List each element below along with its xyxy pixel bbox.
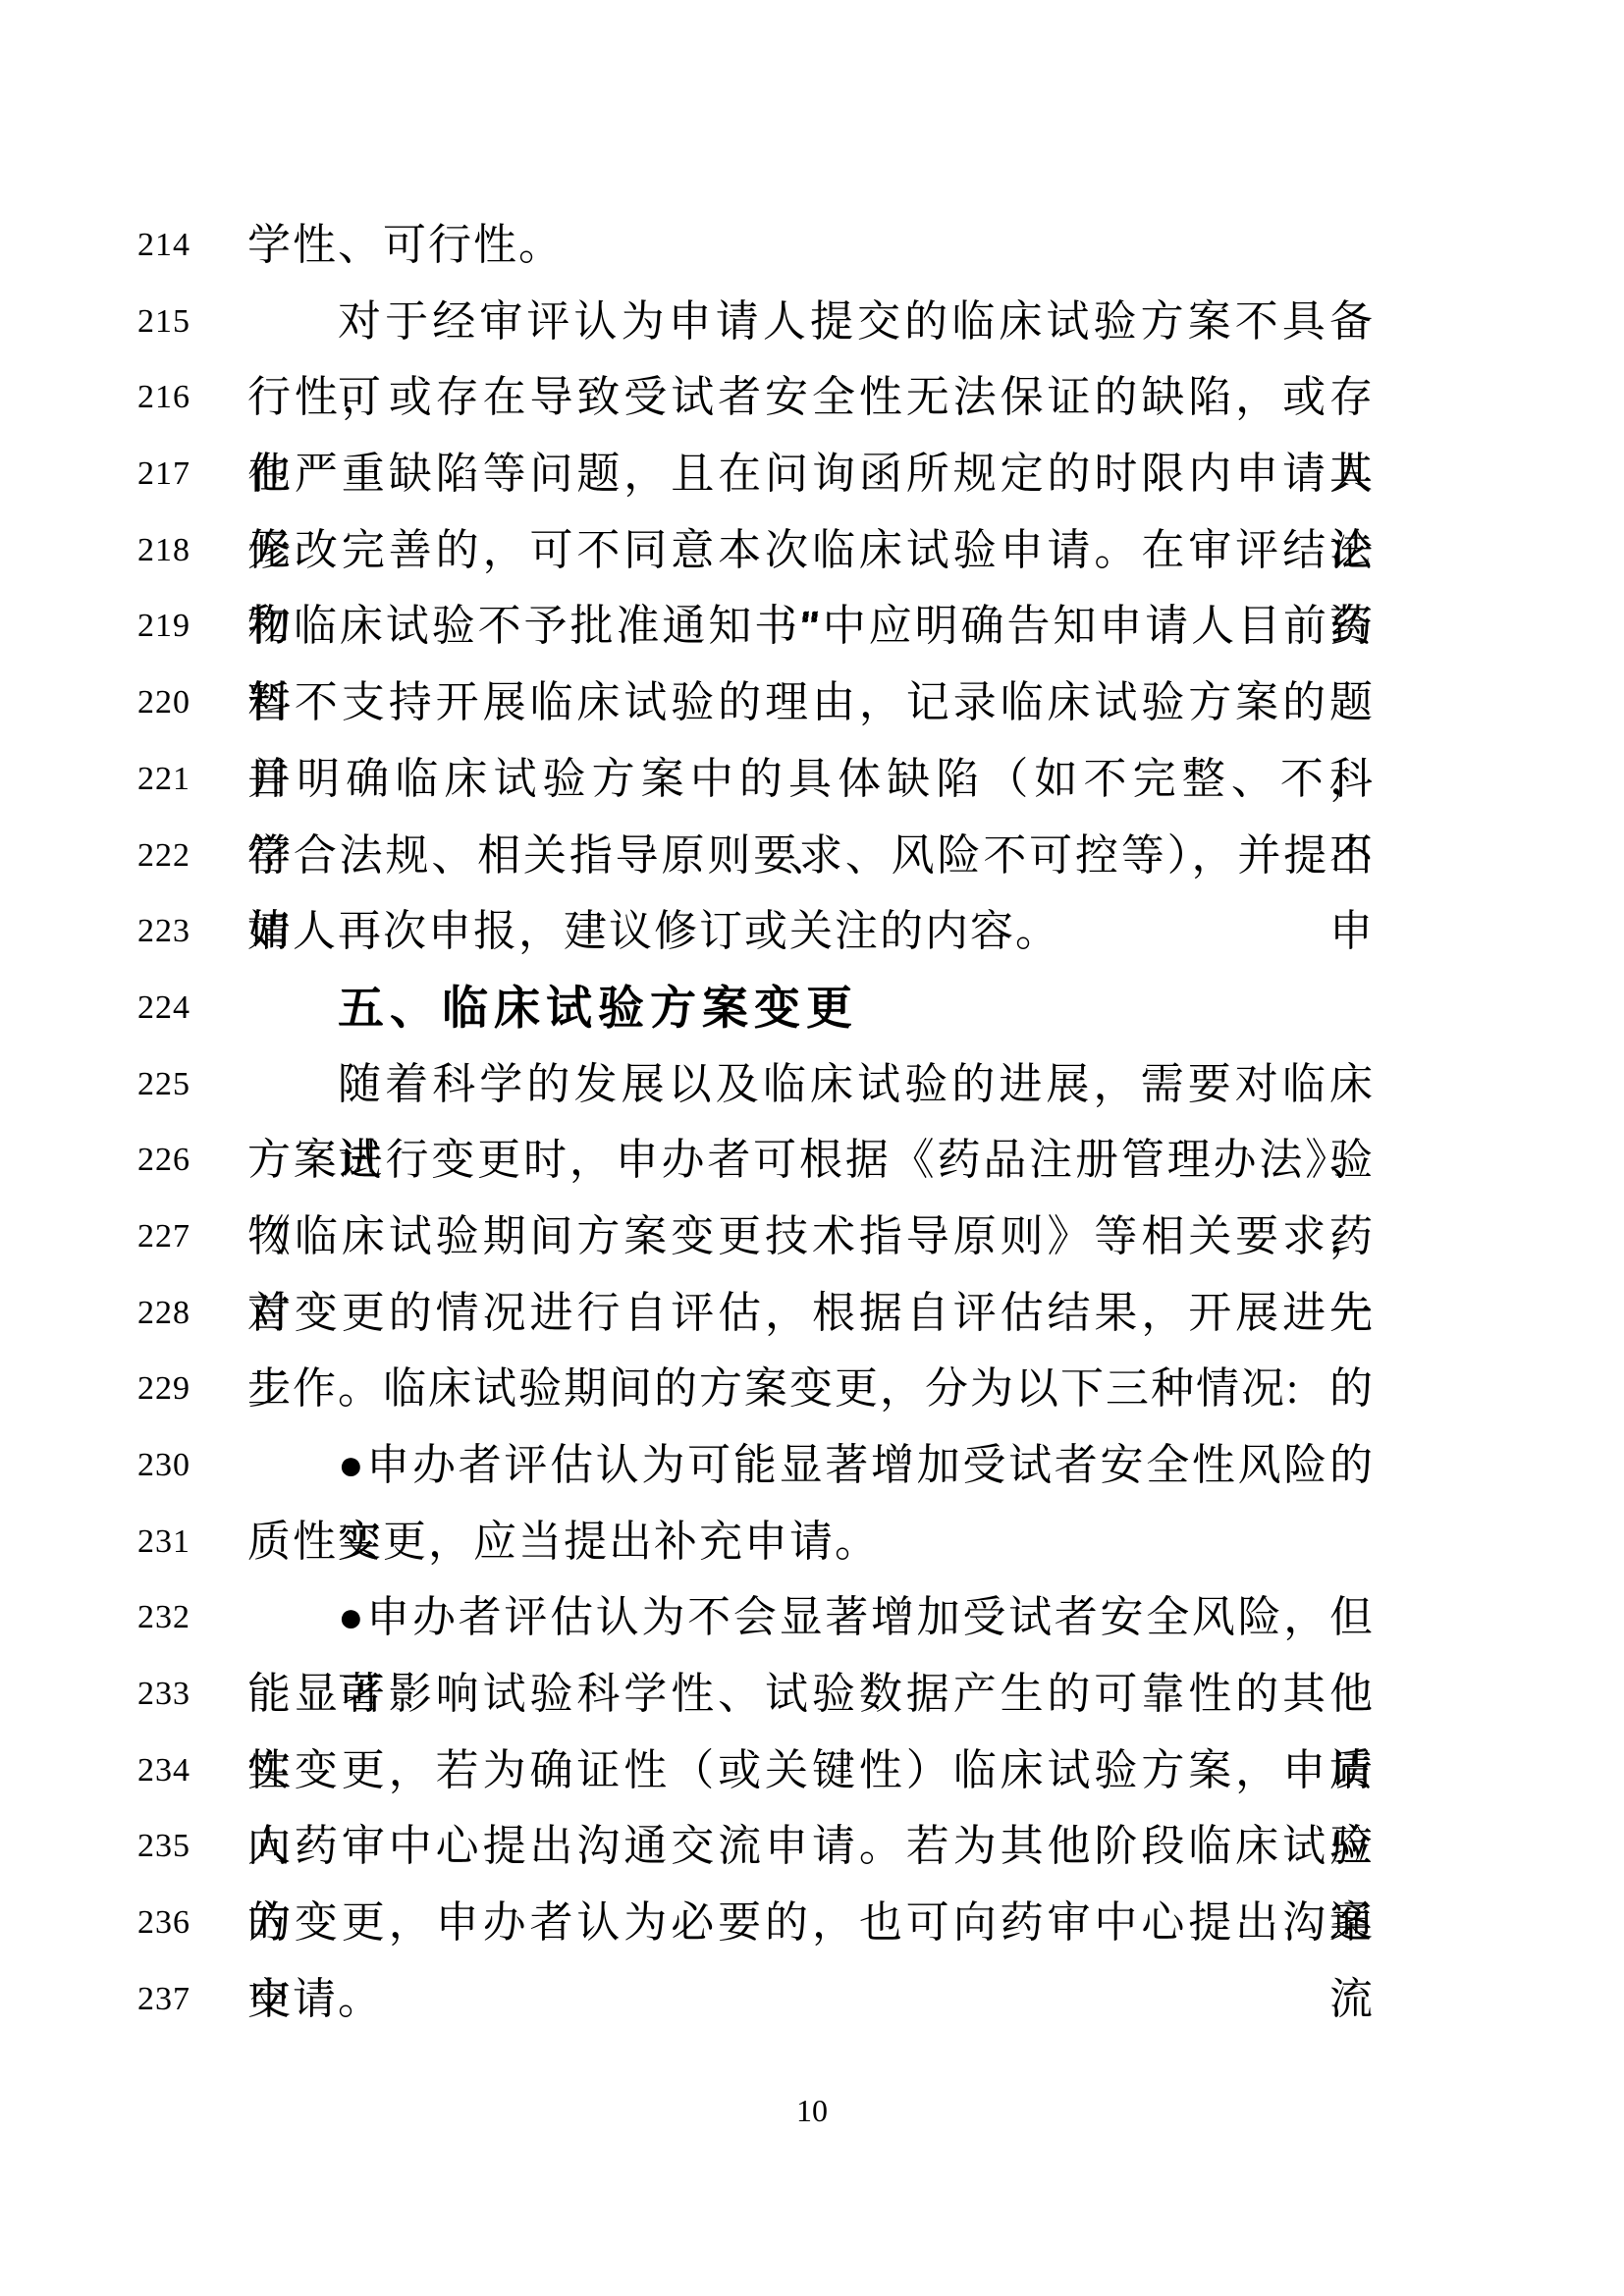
document-line: 234 性变更，若为确证性（或关键性）临床试验方案，申请人应 xyxy=(0,1733,1624,1809)
line-number: 217 xyxy=(137,436,190,512)
document-line: 224 五、临床试验方案变更 xyxy=(0,970,1624,1046)
line-text: 方案进行变更时，申办者可根据《药品注册管理办法》、《药 xyxy=(247,1122,1375,1199)
line-number: 227 xyxy=(137,1199,190,1275)
line-number: 214 xyxy=(137,207,190,284)
line-number: 218 xyxy=(137,512,190,589)
line-text: 行性，或存在导致受试者安全性无法保证的缺陷，或存在其 xyxy=(247,359,1375,436)
document-line: 223 请人再次申报，建议修订或关注的内容。 xyxy=(0,893,1624,970)
line-text: 物临床试验期间方案变更技术指导原则》等相关要求，首先 xyxy=(247,1199,1375,1275)
line-number: 225 xyxy=(137,1046,190,1123)
document-line: 235 向药审中心提出沟通交流申请。若为其他阶段临床试验方案 xyxy=(0,1808,1624,1885)
document-line: 225 随着科学的发展以及临床试验的进展，需要对临床试验 xyxy=(0,1046,1624,1123)
line-text: 符合法规、相关指导原则要求、风险不可控等），并提出如申 xyxy=(247,818,1375,894)
line-text: 对于经审评认为申请人提交的临床试验方案不具备可 xyxy=(247,284,1375,360)
line-number: 234 xyxy=(137,1733,190,1809)
line-number: 232 xyxy=(137,1579,190,1656)
document-line: 233 能显著影响试验科学性、试验数据产生的可靠性的其他实质 xyxy=(0,1656,1624,1733)
line-text: 学性、可行性。 xyxy=(247,207,1375,284)
document-line: 216 行性，或存在导致受试者安全性无法保证的缺陷，或存在其 xyxy=(0,359,1624,436)
line-number: 236 xyxy=(137,1885,190,1961)
line-text: 他严重缺陷等问题，且在问询函所规定的时限内申请人无法 xyxy=(247,436,1375,512)
line-text: 能显著影响试验科学性、试验数据产生的可靠性的其他实质 xyxy=(247,1656,1375,1733)
line-text: 申请。 xyxy=(247,1961,1375,2038)
line-number: 233 xyxy=(137,1656,190,1733)
document-line: 220 暂不支持开展临床试验的理由，记录临床试验方案的题目， xyxy=(0,665,1624,741)
line-number: 219 xyxy=(137,588,190,665)
line-number: 223 xyxy=(137,893,190,970)
line-number: 230 xyxy=(137,1427,190,1504)
line-number: 231 xyxy=(137,1504,190,1580)
line-text: 物临床试验不予批准通知书”中应明确告知申请人目前资料 xyxy=(247,588,1375,665)
document-page: 214 学性、可行性。 215 对于经审评认为申请人提交的临床试验方案不具备可 … xyxy=(0,0,1624,2296)
document-line: 231 质性变更，应当提出补充申请。 xyxy=(0,1504,1624,1580)
line-text: 工作。临床试验期间的方案变更，分为以下三种情况: xyxy=(247,1351,1375,1427)
line-number: 224 xyxy=(137,970,190,1046)
line-text: ●申办者评估认为可能显著增加受试者安全性风险的实 xyxy=(247,1427,1375,1504)
line-text: 请人再次申报，建议修订或关注的内容。 xyxy=(247,893,1375,970)
line-number: 220 xyxy=(137,665,190,741)
document-line: 215 对于经审评认为申请人提交的临床试验方案不具备可 xyxy=(0,284,1624,360)
document-line: 217 他严重缺陷等问题，且在问询函所规定的时限内申请人无法 xyxy=(0,436,1624,512)
document-line: 221 并明确临床试验方案中的具体缺陷（如不完整、不科学、不 xyxy=(0,741,1624,818)
line-text: 并明确临床试验方案中的具体缺陷（如不完整、不科学、不 xyxy=(247,741,1375,818)
document-line: 229 工作。临床试验期间的方案变更，分为以下三种情况: xyxy=(0,1351,1624,1427)
line-text: 随着科学的发展以及临床试验的进展，需要对临床试验 xyxy=(247,1046,1375,1123)
line-number: 216 xyxy=(137,359,190,436)
document-line: 214 学性、可行性。 xyxy=(0,207,1624,284)
document-line: 236 的变更，申办者认为必要的，也可向药审中心提出沟通交流 xyxy=(0,1885,1624,1961)
document-line: 226 方案进行变更时，申办者可根据《药品注册管理办法》、《药 xyxy=(0,1122,1624,1199)
document-line: 230 ●申办者评估认为可能显著增加受试者安全性风险的实 xyxy=(0,1427,1624,1504)
line-number: 237 xyxy=(137,1961,190,2038)
line-number: 226 xyxy=(137,1122,190,1199)
line-number: 229 xyxy=(137,1351,190,1427)
line-text: 性变更，若为确证性（或关键性）临床试验方案，申请人应 xyxy=(247,1733,1375,1809)
line-number: 222 xyxy=(137,818,190,894)
document-line: 218 修改完善的，可不同意本次临床试验申请。在审评结论和“药 xyxy=(0,512,1624,589)
line-number: 228 xyxy=(137,1275,190,1352)
line-number: 235 xyxy=(137,1808,190,1885)
line-number: 221 xyxy=(137,741,190,818)
line-text: ●申办者评估认为不会显著增加受试者安全风险，但可 xyxy=(247,1579,1375,1656)
text-lines: 214 学性、可行性。 215 对于经审评认为申请人提交的临床试验方案不具备可 … xyxy=(0,207,1624,2038)
line-text: 暂不支持开展临床试验的理由，记录临床试验方案的题目， xyxy=(247,665,1375,741)
line-number: 215 xyxy=(137,284,190,360)
line-text: 质性变更，应当提出补充申请。 xyxy=(247,1504,1375,1580)
document-line: 222 符合法规、相关指导原则要求、风险不可控等），并提出如申 xyxy=(0,818,1624,894)
page-number: 10 xyxy=(0,2091,1624,2130)
line-text: 修改完善的，可不同意本次临床试验申请。在审评结论和“药 xyxy=(247,512,1375,589)
document-line: 227 物临床试验期间方案变更技术指导原则》等相关要求，首先 xyxy=(0,1199,1624,1275)
line-text: 五、临床试验方案变更 xyxy=(247,970,1375,1046)
line-text: 向药审中心提出沟通交流申请。若为其他阶段临床试验方案 xyxy=(247,1808,1375,1885)
document-line: 232 ●申办者评估认为不会显著增加受试者安全风险，但可 xyxy=(0,1579,1624,1656)
line-text: 对变更的情况进行自评估，根据自评估结果，开展进一步的 xyxy=(247,1275,1375,1352)
document-line: 219 物临床试验不予批准通知书”中应明确告知申请人目前资料 xyxy=(0,588,1624,665)
line-text: 的变更，申办者认为必要的，也可向药审中心提出沟通交流 xyxy=(247,1885,1375,1961)
document-line: 237 申请。 xyxy=(0,1961,1624,2038)
document-line: 228 对变更的情况进行自评估，根据自评估结果，开展进一步的 xyxy=(0,1275,1624,1352)
